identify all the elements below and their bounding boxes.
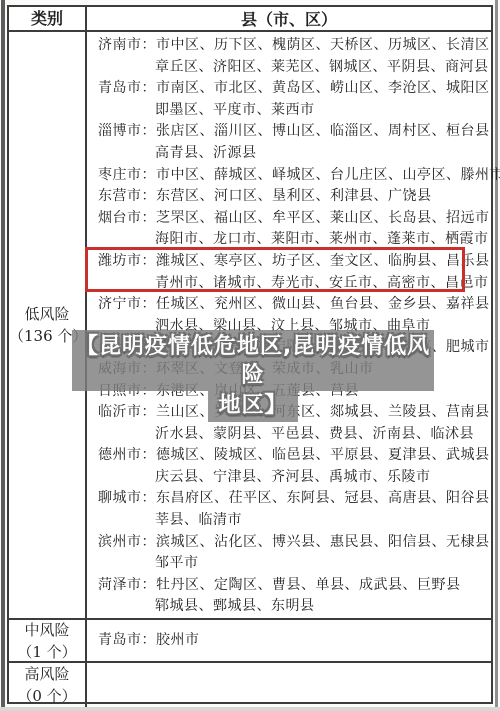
city-entry: 日照市：东港区、岚山区、五莲县、莒县 — [98, 381, 500, 403]
risk-level-table: 类别 县（市、区） 低风险 （136 个） 济南市：市中区、历下区、槐荫区、天桥… — [7, 5, 493, 704]
city-name: 淄博市： — [98, 123, 156, 139]
district-list-line: 兰山区、罗庄区、河东区、郯城县、兰陵县、莒南县 — [156, 404, 490, 420]
high-risk-label: 高风险 — [24, 663, 69, 685]
city-name: 德州市： — [98, 447, 156, 463]
district-list-line: 滨城区、沾化区、博兴县、惠民县、阳信县、无棣县 — [156, 534, 490, 550]
city-name: 泰安市： — [98, 339, 156, 355]
mid-risk-row: 中风险 （1 个） 青岛市：胶州市 — [9, 618, 491, 661]
city-entry: 烟台市：芝罘区、福山区、牟平区、莱山区、长岛县、招远市海阳市、龙口市、莱阳市、莱… — [98, 208, 500, 251]
mid-risk-label-cell: 中风险 （1 个） — [9, 620, 87, 661]
city-entry: 德州市：德城区、陵城区、临邑县、平原县、夏津县、武城县庆云县、宁津县、齐河县、禹… — [98, 445, 500, 488]
city-entry: 菏泽市：牡丹区、定陶区、曹县、单县、成武县、巨野县郓城县、鄄城县、东明县 — [98, 575, 500, 618]
scan-edge-bottom — [0, 707, 500, 711]
city-name: 聊城市： — [98, 490, 156, 506]
district-list-line: 章丘区、济阳区、莱芜区、钢城区、平阴县、商河县 — [155, 57, 500, 79]
mid-risk-label: 中风险 — [24, 619, 69, 641]
city-name: 济南市： — [98, 37, 156, 53]
city-name: 潍坊市： — [98, 253, 156, 269]
city-entry: 聊城市：东昌府区、茌平区、东阿县、冠县、高唐县、阳谷县莘县、临清市 — [98, 488, 500, 531]
city-name: 济宁市： — [98, 296, 156, 312]
city-entry: 济南市：市中区、历下区、槐荫区、天桥区、历城区、长清区章丘区、济阳区、莱芜区、钢… — [98, 35, 500, 78]
high-risk-count: （0 个） — [17, 685, 76, 707]
city-name: 烟台市： — [98, 210, 156, 226]
district-list-line: 芝罘区、福山区、牟平区、莱山区、长岛县、招远市 — [156, 210, 490, 226]
district-list-line: 即墨区、平度市、莱西市 — [155, 100, 500, 122]
header-category-cell: 类别 — [9, 7, 87, 30]
city-name: 青岛市： — [98, 632, 156, 648]
city-name: 东营市： — [98, 188, 156, 204]
district-list-line: 郓城县、鄄城县、东明县 — [155, 596, 500, 618]
district-list-line: 张店区、淄川区、博山区、临淄区、周村区、桓台县 — [156, 123, 490, 139]
mid-risk-count: （1 个） — [17, 641, 76, 663]
district-list-line: 胶州市 — [156, 632, 200, 648]
district-list-line: 庆云县、宁津县、齐河县、禹城市、乐陵市 — [155, 467, 500, 489]
district-list-line: 东营区、河口区、垦利区、利津县、广饶县 — [156, 188, 432, 204]
district-list-line: 东昌府区、茌平区、东阿县、冠县、高唐县、阳谷县 — [156, 490, 490, 506]
low-risk-label: 低风险 — [24, 303, 69, 325]
city-name: 日照市： — [98, 383, 156, 399]
city-entry: 青岛市：市南区、市北区、黄岛区、崂山区、李沧区、城阳区即墨区、平度市、莱西市 — [98, 78, 500, 121]
low-risk-row: 低风险 （136 个） 济南市：市中区、历下区、槐荫区、天桥区、历城区、长清区章… — [9, 30, 491, 618]
city-entry: 潍坊市：潍城区、寒亭区、坊子区、奎文区、临朐县、昌乐县青州市、诸城市、寿光市、安… — [98, 251, 500, 294]
low-risk-content-cell: 济南市：市中区、历下区、槐荫区、天桥区、历城区、长清区章丘区、济阳区、莱芜区、钢… — [87, 32, 500, 618]
scan-edge-left — [1, 0, 5, 711]
city-entry: 临沂市：兰山区、罗庄区、河东区、郯城县、兰陵县、莒南县沂水县、蒙阴县、平邑县、费… — [98, 402, 500, 445]
city-entry: 枣庄市：市中区、薛城区、峄城区、台儿庄区、山亭区、滕州市 — [98, 165, 500, 187]
district-list-line: 莘县、临清市 — [155, 510, 500, 532]
district-list-line: 潍城区、寒亭区、坊子区、奎文区、临朐县、昌乐县 — [156, 253, 490, 269]
district-list-line: 高青县、沂源县 — [155, 143, 500, 165]
table-header-row: 类别 县（市、区） — [9, 7, 491, 30]
district-list-line: 牡丹区、定陶区、曹县、单县、成武县、巨野县 — [156, 577, 461, 593]
city-name: 枣庄市： — [98, 167, 156, 183]
header-region-cell: 县（市、区） — [87, 7, 491, 30]
low-risk-label-cell: 低风险 （136 个） — [9, 32, 87, 618]
district-list-line: 市中区、历下区、槐荫区、天桥区、历城区、长清区 — [156, 37, 490, 53]
city-name: 威海市： — [98, 361, 156, 377]
mid-risk-content-cell: 青岛市：胶州市 — [87, 620, 491, 661]
city-entry: 威海市：环翠区、文登区、荣成市、乳山市 — [98, 359, 500, 381]
high-risk-content-cell — [87, 663, 491, 707]
district-list-line: 市南区、市北区、黄岛区、崂山区、李沧区、城阳区 — [156, 80, 490, 96]
high-risk-row: 高风险 （0 个） — [9, 661, 491, 707]
district-list-line: 任城区、兖州区、微山县、鱼台县、金乡县、嘉祥县 — [156, 296, 490, 312]
high-risk-label-cell: 高风险 （0 个） — [9, 663, 87, 707]
city-name: 滨州市： — [98, 534, 156, 550]
district-list-line: 青州市、诸城市、寿光市、安丘市、高密市、昌邑市 — [155, 273, 500, 295]
district-list-line: 海阳市、龙口市、莱阳市、莱州市、蓬莱市、栖霞市 — [155, 229, 500, 251]
district-list-line: 泗水县、梁山县、汶上县、邹城市、曲阜市 — [155, 316, 500, 338]
district-list-line: 东港区、岚山区、五莲县、莒县 — [156, 383, 359, 399]
low-risk-count: （136 个） — [9, 325, 85, 347]
district-list-line: 德城区、陵城区、临邑县、平原县、夏津县、武城县 — [156, 447, 490, 463]
district-list-line: 邹平市 — [155, 553, 500, 575]
city-entry: 济宁市：任城区、兖州区、微山县、鱼台县、金乡县、嘉祥县泗水县、梁山县、汶上县、邹… — [98, 294, 500, 337]
city-entry: 东营市：东营区、河口区、垦利区、利津县、广饶县 — [98, 186, 500, 208]
district-list-line: 沂水县、蒙阴县、平邑县、费县、沂南县、临沭县 — [155, 424, 500, 446]
city-name: 菏泽市： — [98, 577, 156, 593]
city-entry: 滨州市：滨城区、沾化区、博兴县、惠民县、阳信县、无棣县邹平市 — [98, 532, 500, 575]
city-name: 青岛市： — [98, 80, 156, 96]
city-entry: 泰安市：泰山区、岱岳区、宁阳县、东平县、新泰市、肥城市 — [98, 337, 500, 359]
city-name: 临沂市： — [98, 404, 156, 420]
city-entry: 淄博市：张店区、淄川区、博山区、临淄区、周村区、桓台县高青县、沂源县 — [98, 121, 500, 164]
district-list-line: 泰山区、岱岳区、宁阳县、东平县、新泰市、肥城市 — [156, 339, 490, 355]
district-list-line: 环翠区、文登区、荣成市、乳山市 — [156, 361, 374, 377]
city-entry: 青岛市：胶州市 — [98, 630, 200, 652]
district-list-line: 市中区、薛城区、峄城区、台儿庄区、山亭区、滕州市 — [156, 167, 500, 183]
